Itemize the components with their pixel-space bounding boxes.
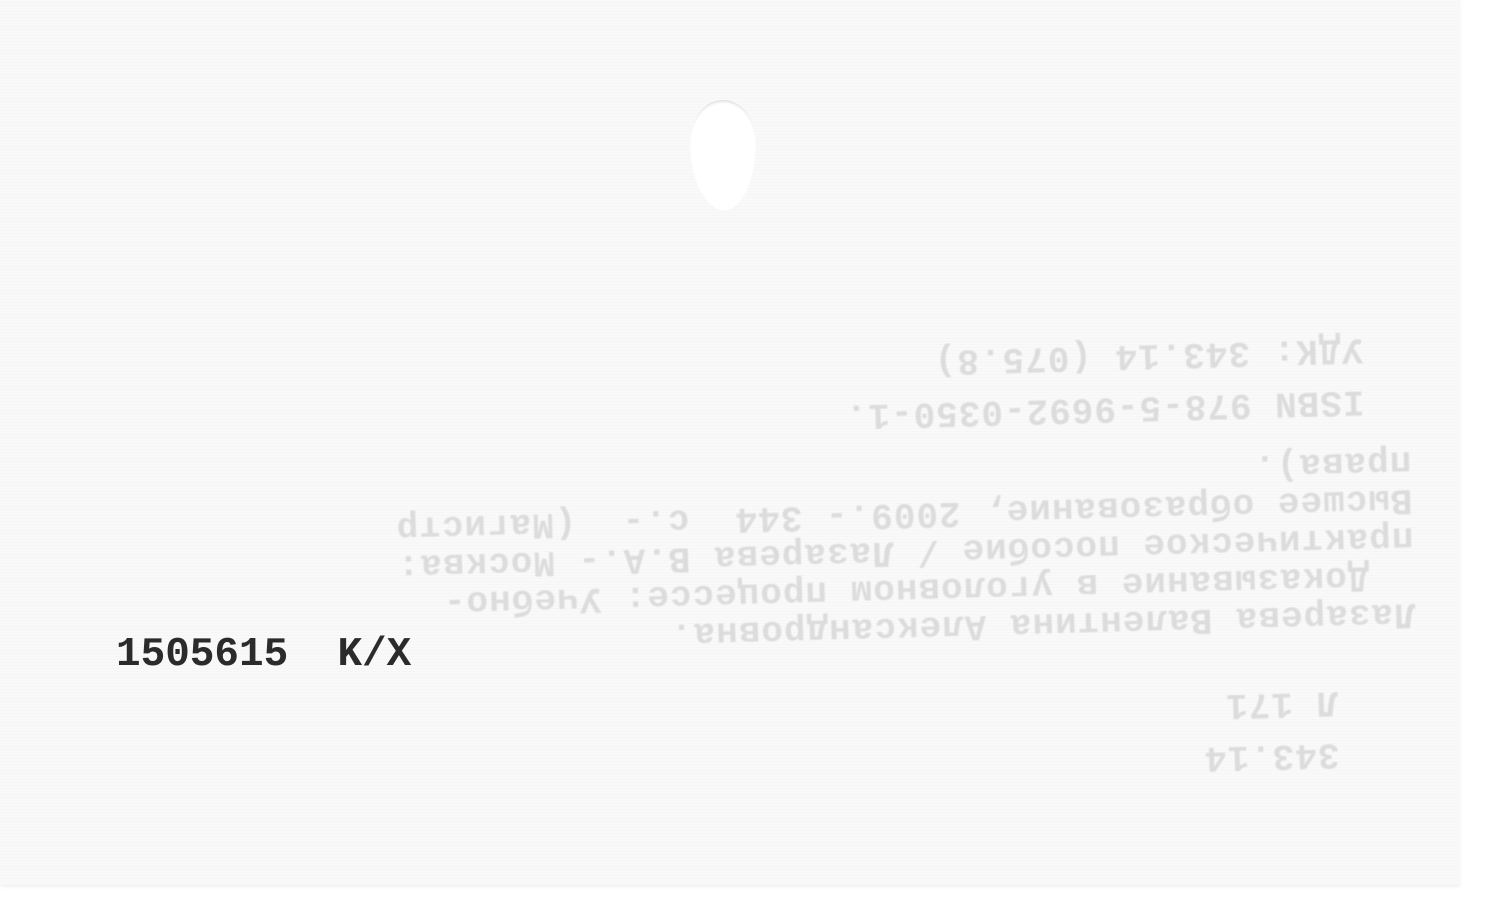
series-line: права). xyxy=(1253,441,1412,486)
isbn-line: ISBN 978-5-9692-0350-1. xyxy=(844,379,1410,436)
udk-line: УДК: 343.14 (075.8) xyxy=(933,327,1409,381)
classification-number: 343.14 xyxy=(1203,733,1340,778)
reverse-side-show-through: 343.14 Л 171 Лазарева Валентина Александ… xyxy=(0,0,1460,884)
author-mark: Л 171 xyxy=(1224,681,1338,725)
reverse-text-block: 343.14 Л 171 Лазарева Валентина Александ… xyxy=(21,772,1420,811)
collection-mark: K/X xyxy=(337,632,411,678)
inventory-stamp: 1505615 K/X xyxy=(116,632,411,678)
library-catalog-card: 343.14 Л 171 Лазарева Валентина Александ… xyxy=(0,0,1460,885)
inventory-number: 1505615 xyxy=(116,632,288,678)
